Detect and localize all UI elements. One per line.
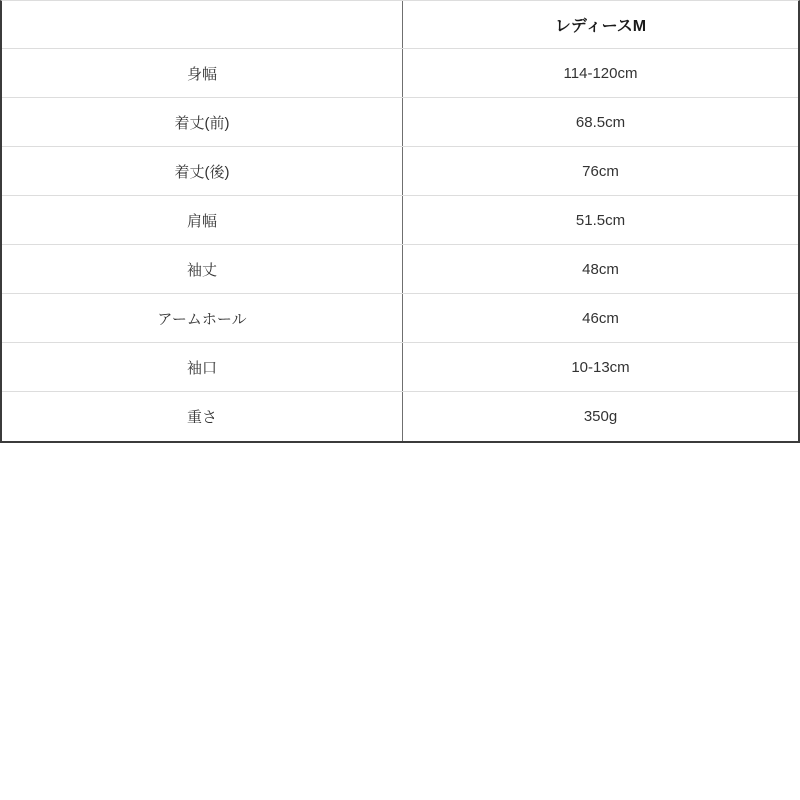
row-value: 10-13cm [403, 343, 798, 391]
row-label: 袖口 [2, 343, 403, 391]
row-value: 51.5cm [403, 196, 798, 244]
row-value: 46cm [403, 294, 798, 342]
row-value: 350g [403, 392, 798, 441]
row-value: 76cm [403, 147, 798, 195]
size-chart-table: レディースM 身幅 114-120cm 着丈(前) 68.5cm 着丈(後) 7… [0, 0, 800, 443]
row-length-back: 着丈(後) 76cm [2, 147, 798, 196]
header-size-cell: レディースM [403, 1, 798, 48]
row-label: 着丈(前) [2, 98, 403, 146]
table-header-row: レディースM [2, 1, 798, 49]
row-label: 着丈(後) [2, 147, 403, 195]
row-shoulder-width: 肩幅 51.5cm [2, 196, 798, 245]
row-sleeve-length: 袖丈 48cm [2, 245, 798, 294]
row-armhole: アームホール 46cm [2, 294, 798, 343]
row-label: 重さ [2, 392, 403, 441]
header-empty-cell [2, 1, 403, 48]
row-weight: 重さ 350g [2, 392, 798, 441]
row-label: 身幅 [2, 49, 403, 97]
row-label: 肩幅 [2, 196, 403, 244]
row-value: 48cm [403, 245, 798, 293]
row-value: 114-120cm [403, 49, 798, 97]
row-label: 袖丈 [2, 245, 403, 293]
row-value: 68.5cm [403, 98, 798, 146]
row-length-front: 着丈(前) 68.5cm [2, 98, 798, 147]
row-label: アームホール [2, 294, 403, 342]
row-body-width: 身幅 114-120cm [2, 49, 798, 98]
row-cuff: 袖口 10-13cm [2, 343, 798, 392]
